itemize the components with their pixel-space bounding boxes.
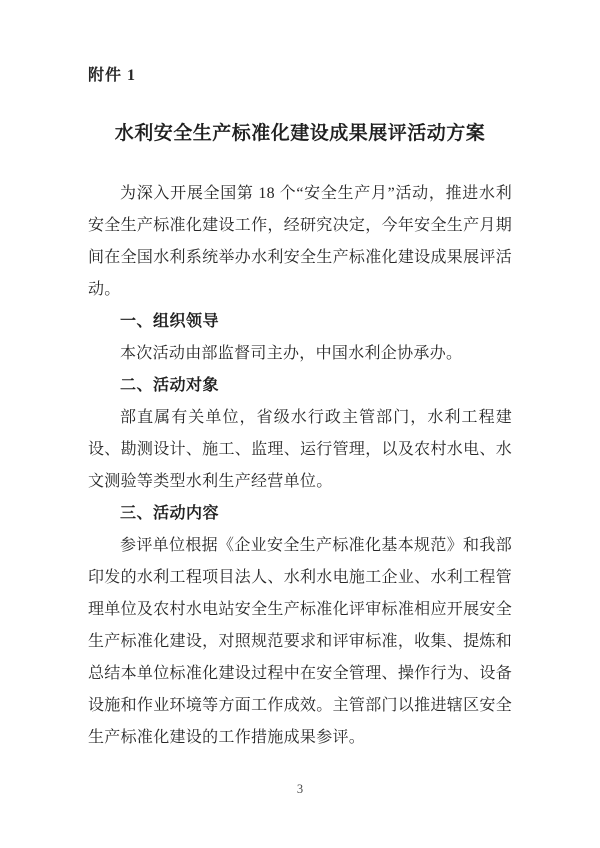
section-heading-3: 三、活动内容 bbox=[88, 498, 512, 530]
section-body-3: 参评单位根据《企业安全生产标准化基本规范》和我部印发的水利工程项目法人、水利水电… bbox=[88, 530, 512, 754]
section-body-2: 部直属有关单位，省级水行政主管部门，水利工程建设、勘测设计、施工、监理、运行管理… bbox=[88, 402, 512, 498]
section-body-1: 本次活动由部监督司主办，中国水利企协承办。 bbox=[88, 338, 512, 370]
attachment-label: 附件 1 bbox=[88, 60, 512, 92]
section-heading-2: 二、活动对象 bbox=[88, 370, 512, 402]
intro-paragraph: 为深入开展全国第 18 个“安全生产月”活动，推进水利安全生产标准化建设工作，经… bbox=[88, 178, 512, 306]
document-page: 附件 1 水利安全生产标准化建设成果展评活动方案 为深入开展全国第 18 个“安… bbox=[0, 0, 600, 848]
page-number: 3 bbox=[0, 782, 600, 797]
document-content: 附件 1 水利安全生产标准化建设成果展评活动方案 为深入开展全国第 18 个“安… bbox=[88, 60, 512, 754]
section-heading-1: 一、组织领导 bbox=[88, 306, 512, 338]
document-title: 水利安全生产标准化建设成果展评活动方案 bbox=[88, 118, 512, 150]
